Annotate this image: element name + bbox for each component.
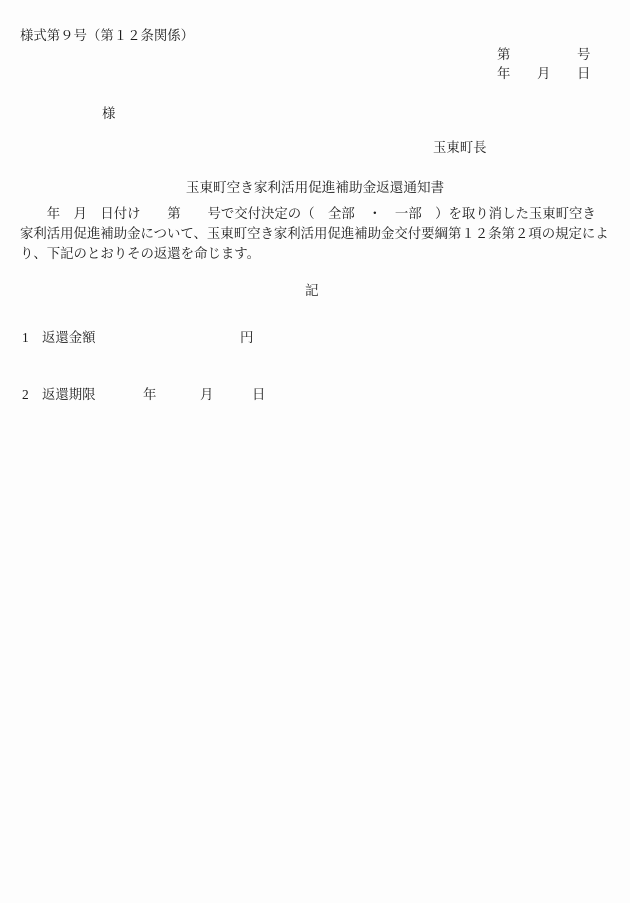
item-1-label: 返還金額 (42, 331, 96, 344)
body-line: 家利活用促進補助金について、玉東町空き家利活用促進補助金交付要綱第１２条第２項の… (20, 227, 616, 240)
item-2-year-label: 年 (143, 388, 156, 401)
item-1-number: 1 (22, 331, 29, 344)
body-line: り、下記のとおりその返還を命じます。 (20, 247, 616, 260)
date-year-label: 年 (497, 67, 510, 80)
record-marker: 記 (305, 284, 319, 298)
sender-title: 玉東町長 (433, 141, 487, 154)
form-number-label: 様式第９号（第１２条関係） (20, 29, 194, 42)
item-2-month-label: 月 (200, 388, 213, 401)
document-title: 玉東町空き家利活用促進補助金返還通知書 (0, 181, 630, 195)
doc-number-suffix: 号 (577, 48, 590, 61)
addressee-honorific: 様 (102, 107, 115, 120)
document-page: 様式第９号（第１２条関係） 第 号 年 月 日 様 玉東町長 玉東町空き家利活用… (0, 0, 630, 903)
body-line: 年 月 日付け 第 号で交付決定の（ 全部 ・ 一部 ）を取り消した玉東町空き (20, 207, 616, 220)
item-1-unit-label: 円 (240, 331, 253, 344)
doc-number-prefix: 第 (497, 48, 510, 61)
item-2-label: 返還期限 (42, 388, 96, 401)
date-day-label: 日 (577, 67, 590, 80)
date-month-label: 月 (537, 67, 550, 80)
item-2-number: 2 (22, 388, 29, 401)
item-2-day-label: 日 (252, 388, 265, 401)
